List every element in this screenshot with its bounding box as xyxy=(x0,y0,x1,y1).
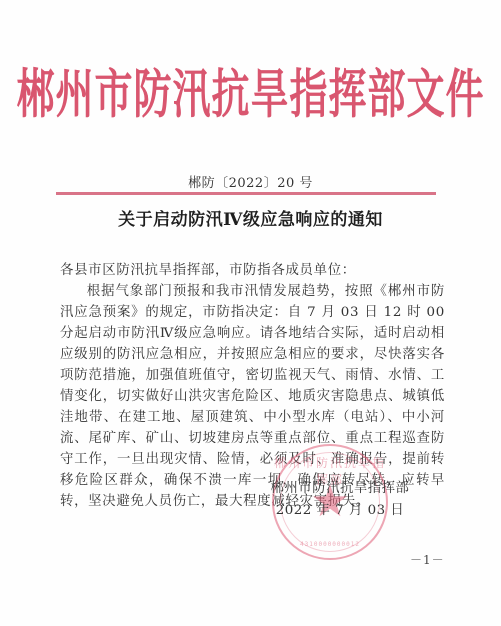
red-divider-rule xyxy=(56,192,436,195)
document-body: 各县市区防汛抗旱指挥部，市防指各成员单位： 根据气象部门预报和我市汛情发展趋势，… xyxy=(60,260,445,512)
signature-date: 2022 年 7 月 03 日 xyxy=(250,500,430,522)
page-number: －1－ xyxy=(410,551,445,568)
seal-code: 4310000000012 xyxy=(274,541,386,548)
document-subject: 关于启动防汛Ⅳ级应急响应的通知 xyxy=(0,205,501,230)
document-header-title: 郴州市防汛抗旱指挥部文件 xyxy=(0,68,501,120)
signature-block: 郴州市防汛抗旱指挥部 2022 年 7 月 03 日 xyxy=(250,478,430,522)
salutation: 各县市区防汛抗旱指挥部，市防指各成员单位： xyxy=(60,260,445,281)
document-page: 郴州市防汛抗旱指挥部文件 郴防〔2022〕20 号 关于启动防汛Ⅳ级应急响应的通… xyxy=(0,0,501,626)
signature-organization: 郴州市防汛抗旱指挥部 xyxy=(250,478,430,500)
document-number: 郴防〔2022〕20 号 xyxy=(0,172,501,191)
